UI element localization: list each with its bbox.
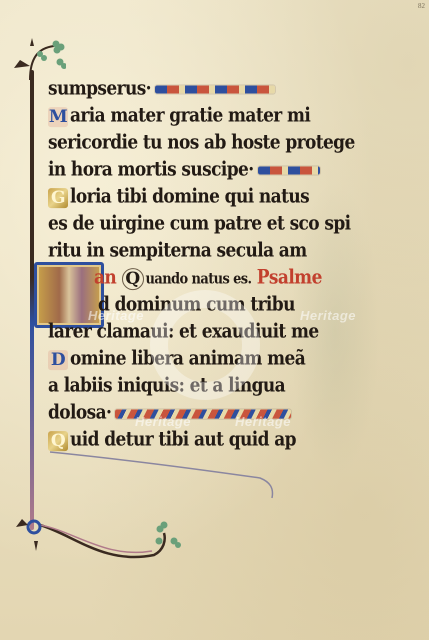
text-block: sumpserus· Maria mater gratie mater mi s… [48, 76, 308, 454]
watermark-text: Heritage [88, 308, 144, 323]
bottom-ivy-trefoil-icon [14, 505, 184, 565]
decorated-initial: G [48, 187, 68, 207]
watermark-text: Heritage [235, 414, 291, 429]
line-filler-ornament [258, 166, 320, 174]
decorated-initial: Q [48, 430, 68, 450]
watermark-text: Heritage [300, 308, 356, 323]
text-line: Quid detur tibi aut quid ap [48, 425, 308, 456]
manuscript-page: 82 sumpserus· Maria mater gratie mater m… [0, 0, 429, 640]
line-filler-ornament [155, 85, 275, 93]
pen-flourish-icon [50, 448, 280, 508]
rubric-psalm: Psalme [257, 266, 322, 289]
decorated-initial: M [48, 106, 68, 126]
watermark-text: Heritage [135, 414, 191, 429]
folio-number: 82 [418, 2, 425, 10]
decorated-initial: Q [122, 267, 144, 289]
rubric-antiphon: an [94, 266, 116, 289]
watermark-ring [150, 290, 260, 400]
decorated-initial: D [48, 349, 68, 369]
